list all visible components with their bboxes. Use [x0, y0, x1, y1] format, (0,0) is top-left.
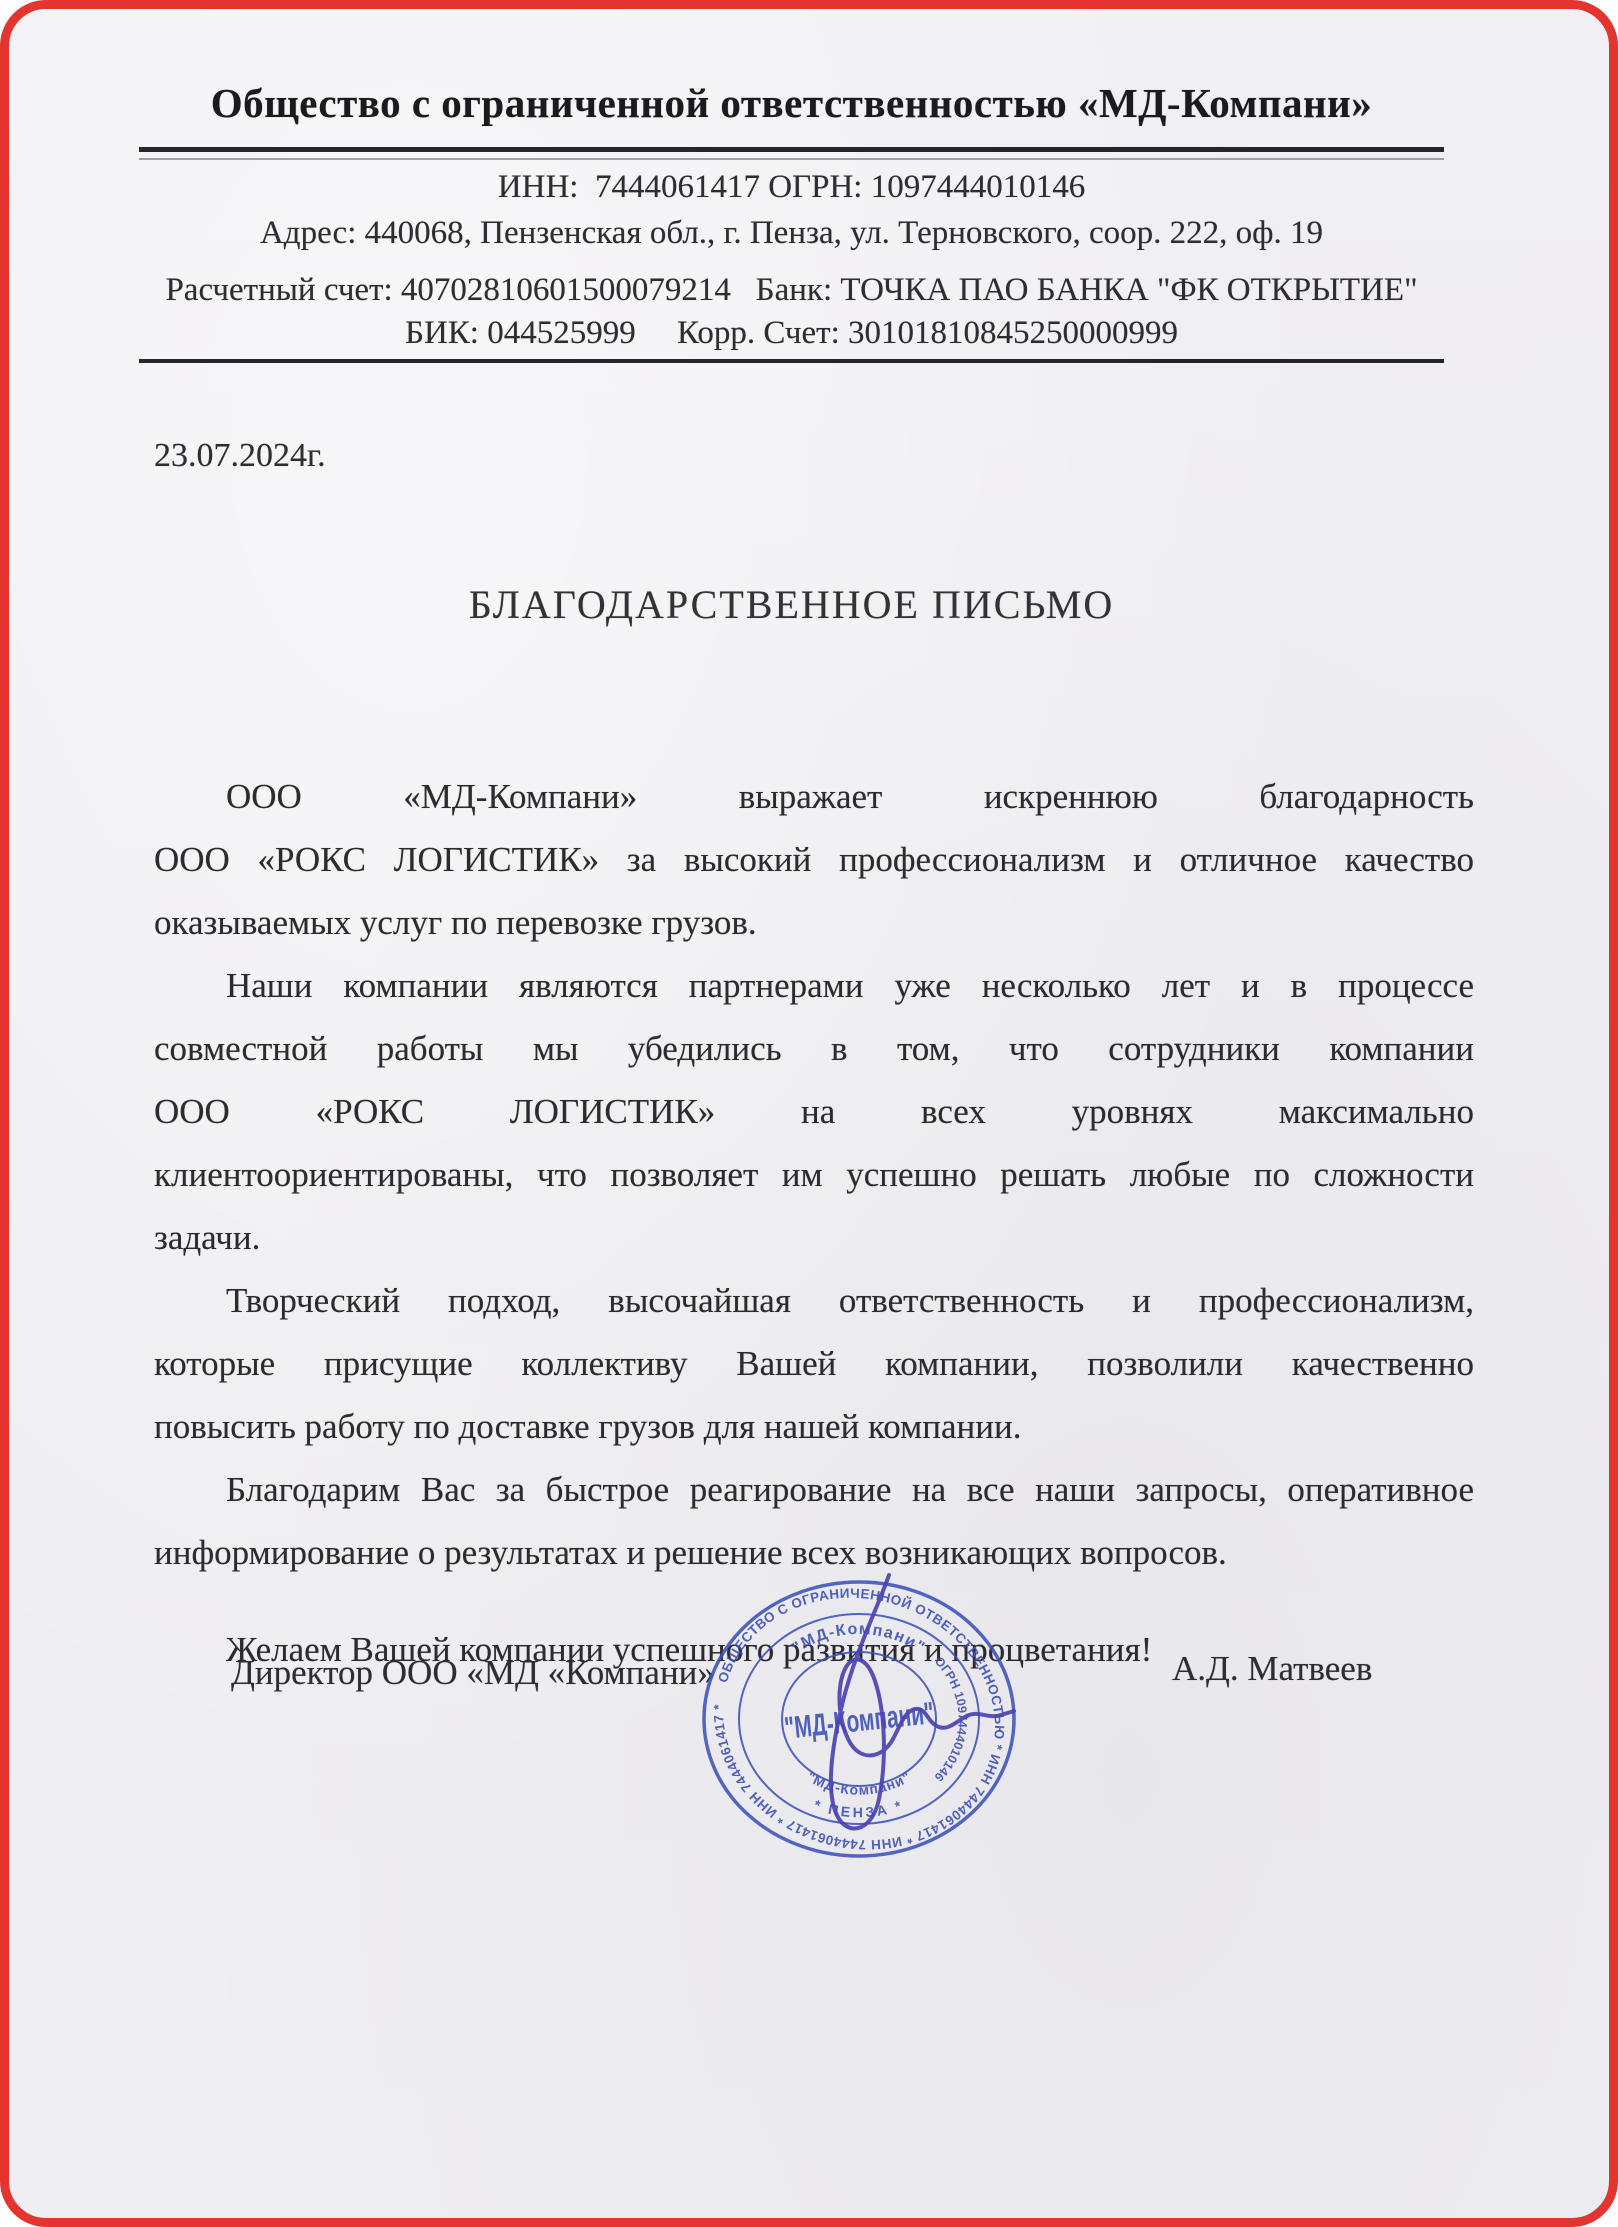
- letter-line: совместной работы мы убедились в том, чт…: [154, 1017, 1474, 1080]
- stamp-ring-bottom-text: "МД-Компани": [804, 1768, 914, 1798]
- letter-line: Творческий подход, высочайшая ответствен…: [154, 1269, 1474, 1332]
- company-stamp: ОБЩЕСТВО С ОГРАНИЧЕННОЙ ОТВЕТСТВЕННОСТЬЮ…: [677, 1561, 1041, 1883]
- letter-title: БЛАГОДАРСТВЕННОЕ ПИСЬМО: [139, 581, 1444, 628]
- letterhead-company-name: Общество с ограниченной ответственностью…: [139, 79, 1444, 127]
- signature-name: А.Д. Матвеев: [1172, 1649, 1372, 1689]
- paragraph: ООО «МД-Компани» выражает искреннюю благ…: [154, 765, 1474, 954]
- stamp-city-text: * ПЕНЗА *: [812, 1796, 906, 1820]
- letter-line: задачи.: [154, 1206, 1474, 1269]
- letterhead-divider-bottom: [139, 359, 1444, 363]
- paragraph: Наши компании являются партнерами уже не…: [154, 954, 1474, 1269]
- letter-line: повысить работу по доставке грузов для н…: [154, 1395, 1474, 1458]
- letter-line: ООО «МД-Компани» выражает искреннюю благ…: [154, 765, 1474, 828]
- paragraph: Творческий подход, высочайшая ответствен…: [154, 1269, 1474, 1458]
- requisites-bik-corr: БИК: 044525999 Корр. Счет: 3010181084525…: [139, 315, 1444, 352]
- letterhead-divider-top-shadow: [139, 158, 1444, 160]
- letter-line: клиентоориентированы, что позволяет им у…: [154, 1143, 1474, 1206]
- letter-line: оказываемых услуг по перевозке грузов.: [154, 891, 1474, 954]
- signature-role: Директор ООО «МД «Компани»: [231, 1653, 715, 1693]
- letter-line: ООО «РОКС ЛОГИСТИК» за высокий профессио…: [154, 828, 1474, 891]
- requisites-address: Адрес: 440068, Пензенская обл., г. Пенза…: [139, 215, 1444, 252]
- letter-line: Благодарим Вас за быстрое реагирование н…: [154, 1458, 1474, 1521]
- stamp-center-text: "МД-Компани": [783, 1695, 936, 1745]
- letter-line: которые присущие коллективу Вашей компан…: [154, 1332, 1474, 1395]
- letter-line: ООО «РОКС ЛОГИСТИК» на всех уровнях макс…: [154, 1080, 1474, 1143]
- letter-date: 23.07.2024г.: [154, 437, 326, 475]
- letter-line: Наши компании являются партнерами уже не…: [154, 954, 1474, 1017]
- scanned-letter-page: Общество с ограниченной ответственностью…: [0, 0, 1618, 2227]
- requisites-bank-account: Расчетный счет: 40702810601500079214 Бан…: [139, 272, 1444, 309]
- requisites-inn-ogrn: ИНН: 7444061417 ОГРН: 1097444010146: [139, 169, 1444, 206]
- letterhead-divider-top: [139, 147, 1444, 152]
- letter-body: ООО «МД-Компани» выражает искреннюю благ…: [154, 765, 1474, 1681]
